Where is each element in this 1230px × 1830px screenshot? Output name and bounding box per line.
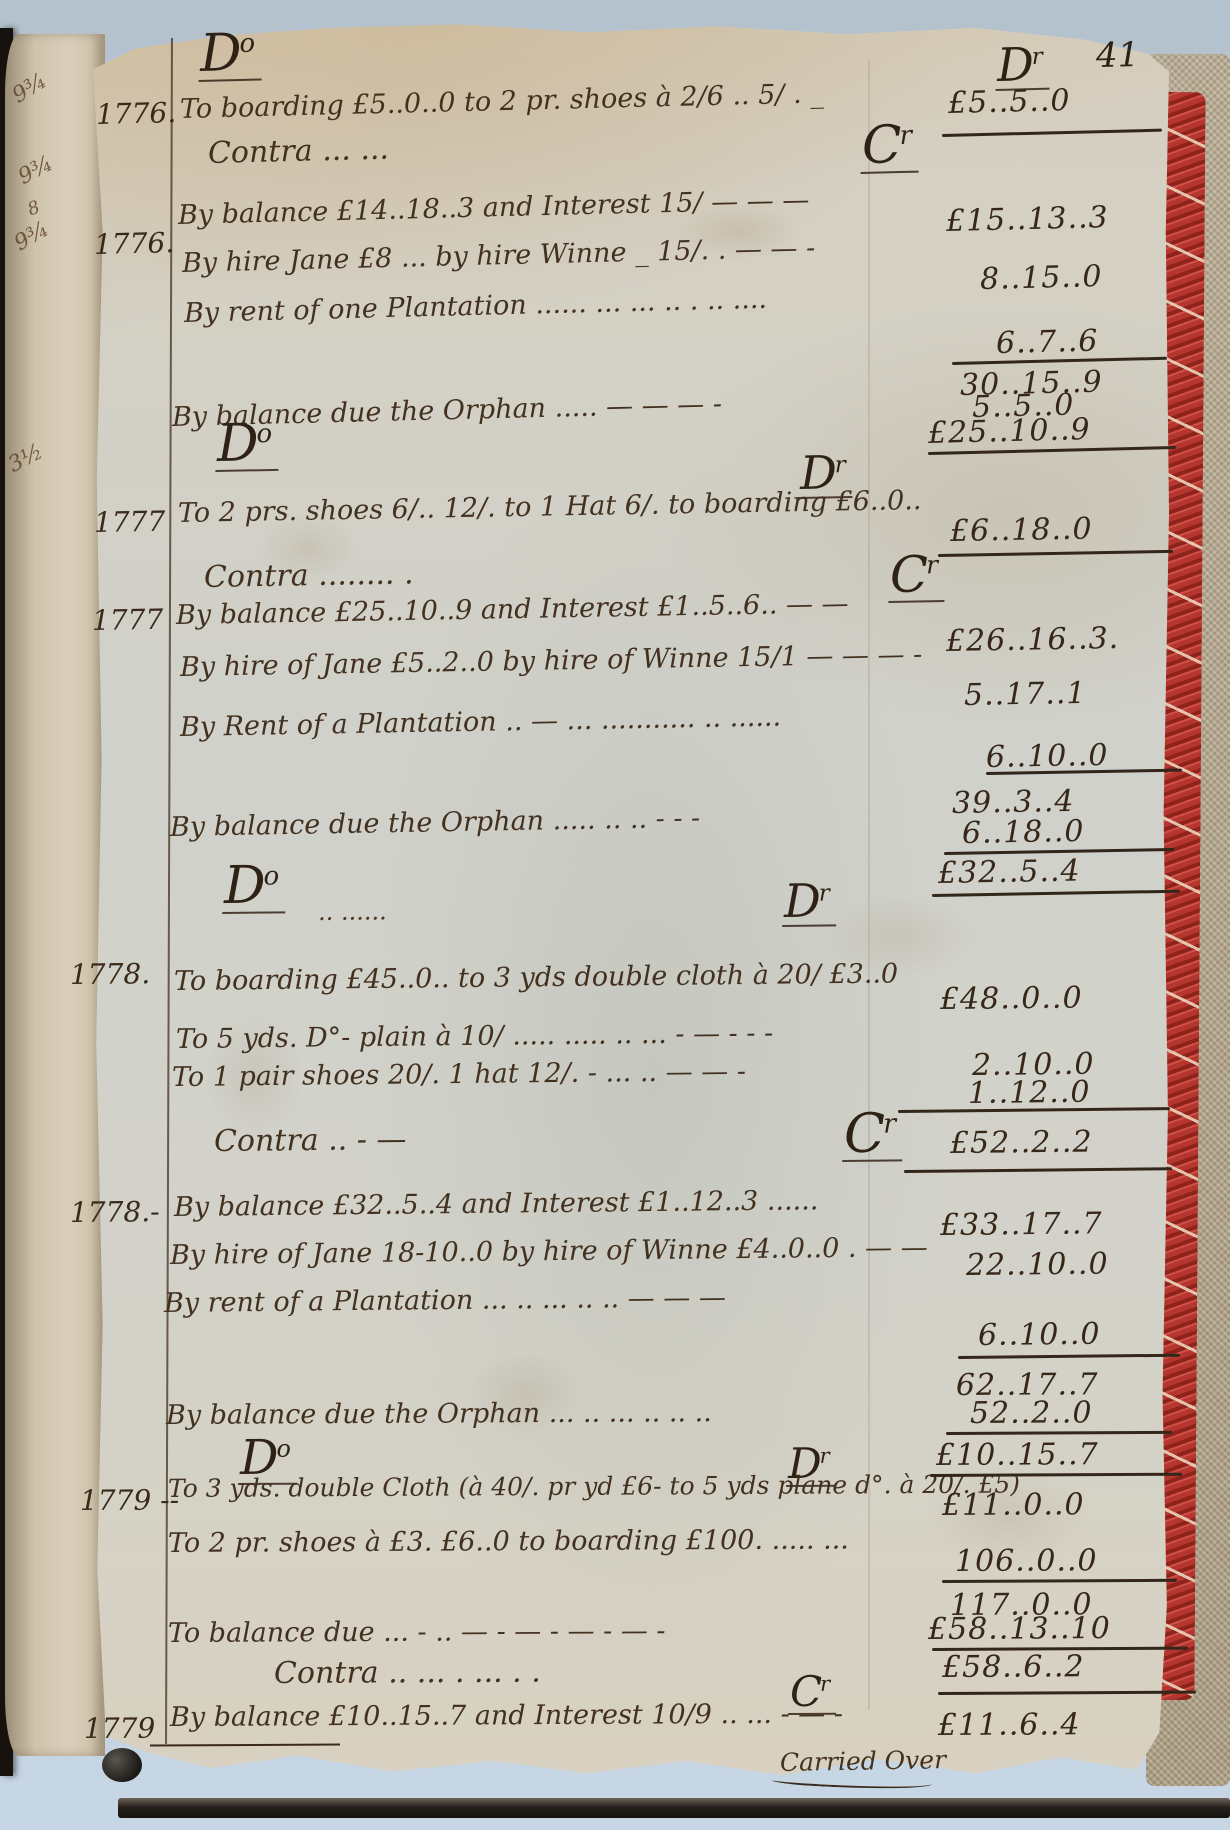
debit-base: D [784, 874, 821, 928]
amount: 6..10..0 [978, 1317, 1101, 1353]
credit-base: C [844, 1102, 886, 1165]
entry-text: By Rent of a Plantation .. — ... .......… [180, 702, 782, 743]
contra-label: Contra ... ... [208, 132, 390, 171]
debit-sup: r [1031, 44, 1043, 70]
ditto-mark: Do [197, 28, 262, 82]
amount: £6..18..0 [950, 512, 1093, 549]
amount: 1..12..0 [968, 1075, 1091, 1111]
entry-text: To 2 prs. shoes 6/.. 12/. to 1 Hat 6/. t… [178, 485, 922, 529]
ditto-base: D [199, 23, 242, 84]
ledger-rule [932, 890, 1180, 897]
amount: £33..17..7 [940, 1206, 1103, 1243]
ditto-sup: o [276, 1435, 291, 1463]
sum-amount: £58..6..2 [942, 1649, 1085, 1685]
credit-mark: Cr [859, 121, 918, 175]
amount: £48..0..0 [940, 981, 1083, 1017]
ditto-sup: o [263, 861, 279, 891]
amount: 106..0..0 [955, 1543, 1098, 1579]
year-label: 1778. [70, 957, 151, 991]
year-label: 1777 [92, 603, 164, 637]
ditto-mark: Do [215, 419, 279, 472]
entry-text: By hire Jane £8 ... by hire Winne _ 15/.… [182, 233, 816, 279]
sum-amount: £25..10..9 [928, 412, 1091, 451]
credit-base: C [861, 115, 902, 176]
amount: £11..0..0 [942, 1487, 1085, 1523]
year-label: 1777 [94, 505, 166, 539]
amount: £5..5..0 [948, 83, 1071, 121]
ledger-rule [938, 550, 1173, 557]
sum-amount: £52..2..2 [950, 1125, 1093, 1161]
sum-amount: 6..18..0 [962, 814, 1085, 851]
amount: £26..16..3. [946, 621, 1120, 659]
entry-text: By hire of Jane 18-10..0 by hire of Winn… [170, 1232, 928, 1271]
credit-mark: Cr [888, 551, 945, 602]
ledger-rule [938, 1691, 1196, 1695]
year-label: 1778.- [70, 1195, 160, 1229]
ditto-mark: Do [222, 861, 286, 914]
ditto-sup: o [256, 419, 272, 449]
entry-text: To balance due ... - .. — - — - — - — - [168, 1615, 666, 1649]
contra-label: Contra .. - — [214, 1122, 407, 1159]
credit-sup: r [899, 120, 912, 150]
sum-amount: £10..15..7 [936, 1437, 1099, 1473]
entry-text: To 3 yds. double Cloth (à 40/. pr yd £6-… [168, 1470, 1020, 1503]
credit-sup: r [926, 550, 938, 579]
amount: £15..13..3 [946, 200, 1109, 239]
entry-text: By balance £14..18..3 and Interest 15/ —… [178, 185, 810, 231]
entry-text: By rent of one Plantation ...... ... ...… [184, 284, 768, 329]
amount: £11..6..4 [938, 1707, 1081, 1743]
ditto-base: D [216, 413, 259, 474]
credit-mark: Cr [842, 1107, 903, 1162]
year-label: 1776. [94, 226, 175, 261]
entry-text: To 5 yds. D°- plain à 10/ ..... ..... ..… [176, 1018, 773, 1055]
carried-over: Carried Over [780, 1745, 947, 1777]
ditto-sup: o [239, 28, 255, 58]
ditto-base: D [224, 856, 266, 916]
page-number: 41 [1096, 35, 1140, 76]
debit-sup: r [819, 880, 830, 906]
amount: 22..10..0 [966, 1247, 1109, 1283]
amount: 5..17..1 [964, 676, 1087, 713]
debit-mark: Dr [782, 879, 836, 926]
sum-amount: £58..13..10 [928, 1611, 1111, 1647]
entry-text: By balance due the Orphan ... .. ... .. … [166, 1397, 712, 1431]
ledger-rule [942, 1579, 1177, 1583]
ledger-photo: 9¾ 9¾ 8 9¾ 3½ Do Dr 41 1776. To boarding… [0, 0, 1230, 1830]
credit-base: C [889, 545, 928, 604]
amount: 8..15..0 [980, 259, 1103, 297]
debit-sup: r [820, 1444, 830, 1468]
entry-text: By balance £25..10..9 and Interest £1..5… [176, 588, 849, 631]
year-label: 1776. [96, 96, 177, 131]
entry-text: By balance due the Orphan ..... .. .. - … [170, 803, 701, 843]
contra-label: Contra .. ... . ... . . [274, 1655, 541, 1691]
entry-text: To boarding £45..0.. to 3 yds double clo… [174, 958, 898, 997]
ledger-rule [958, 1354, 1180, 1359]
credit-sup: r [883, 1108, 896, 1139]
year-label: 1779 -- [80, 1483, 179, 1517]
entry-text: By balance £10..15..7 and Interest 10/9 … [170, 1698, 843, 1733]
entry-text: By balance £32..5..4 and Interest £1..12… [174, 1185, 819, 1223]
contra-label: Contra ........ . [204, 556, 414, 595]
entry-underline [150, 1744, 340, 1747]
ledger-rule [904, 1167, 1172, 1172]
ledger-rule [898, 1107, 1170, 1112]
ditto-dots: .. ...... [318, 897, 387, 926]
ledger-rule [942, 129, 1162, 137]
entry-text: To 1 pair shoes 20/. 1 hat 12/. - ... ..… [172, 1056, 746, 1093]
entry-text: To boarding £5..0..0 to 2 pr. shoes à 2/… [180, 78, 824, 125]
entry-text: By rent of a Plantation ... .. ... .. ..… [164, 1282, 726, 1319]
ledger-content: Do Dr 41 1776. To boarding £5..0..0 to 2… [0, 0, 1230, 1830]
debit-sup: r [834, 452, 845, 478]
ledger-rule [930, 1473, 1182, 1477]
year-label: 1779 [84, 1712, 155, 1745]
credit-sup: r [820, 1672, 830, 1696]
entry-text: By hire of Jane £5..2..0 by hire of Winn… [180, 639, 923, 683]
sum-amount: 52..2..0 [970, 1395, 1093, 1431]
amount: 6..7..6 [996, 324, 1099, 361]
sum-amount: £32..5..4 [938, 854, 1081, 891]
entry-text: To 2 pr. shoes à £3. £6..0 to boarding £… [168, 1524, 849, 1559]
ledger-rule [946, 1431, 1172, 1435]
